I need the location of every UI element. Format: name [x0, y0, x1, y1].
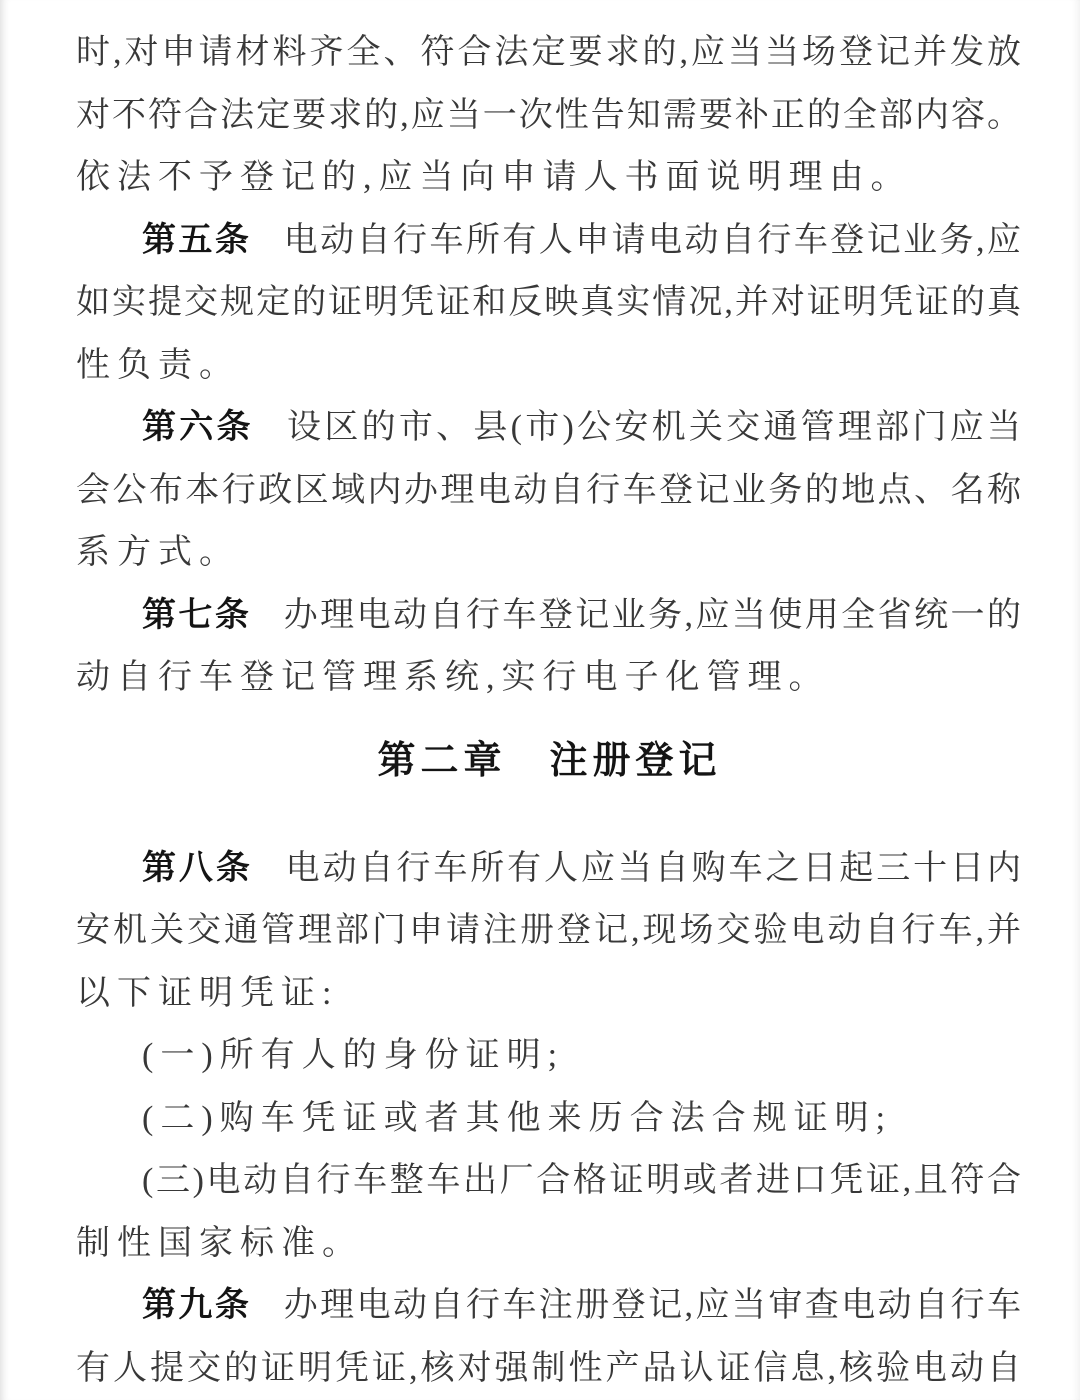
- document-body: 时,对申请材料齐全、符合法定要求的,应当当场登记并发放号牌, 对不符合法定要求的…: [0, 0, 1080, 1400]
- article-5-first-line: 第五条电动自行车所有人申请电动自行车登记业务,应当: [76, 210, 1023, 273]
- text-line: 会公布本行政区域内办理电动自行车登记业务的地点、名称及联: [76, 460, 1023, 523]
- text-line: 以下证明凭证:: [76, 963, 1023, 1026]
- text-line: 安机关交通管理部门申请注册登记,现场交验电动自行车,并提交: [76, 900, 1023, 963]
- chapter-heading: 第二章 注册登记: [76, 730, 1023, 792]
- text-line: 系方式。: [76, 522, 1023, 585]
- text-line: 时,对申请材料齐全、符合法定要求的,应当当场登记并发放号牌,: [76, 22, 1023, 85]
- article-5-label: 第五条: [142, 222, 251, 259]
- article-9-first-line: 第九条办理电动自行车注册登记,应当审查电动自行车所: [76, 1275, 1023, 1338]
- list-item-1: (一)所有人的身份证明;: [76, 1025, 1023, 1088]
- article-6-first-line: 第六条设区的市、县(市)公安机关交通管理部门应当向社: [76, 397, 1023, 460]
- document-page: 时,对申请材料齐全、符合法定要求的,应当当场登记并发放号牌, 对不符合法定要求的…: [0, 0, 1080, 1400]
- article-8-first-line: 第八条电动自行车所有人应当自购车之日起三十日内向公: [76, 838, 1023, 901]
- text-line: 依法不予登记的,应当向申请人书面说明理由。: [76, 147, 1023, 210]
- article-7-label: 第七条: [142, 597, 251, 634]
- article-8-label: 第八条: [142, 850, 253, 887]
- list-item-2: (二)购车凭证或者其他来历合法合规证明;: [76, 1088, 1023, 1151]
- text-line: 动自行车登记管理系统,实行电子化管理。: [76, 647, 1023, 710]
- text-line: 性负责。: [76, 335, 1023, 398]
- text-line: 制性国家标准。: [76, 1213, 1023, 1276]
- article-9-label: 第九条: [142, 1287, 251, 1324]
- text-line: 对不符合法定要求的,应当一次性告知需要补正的全部内容。对: [76, 85, 1023, 148]
- text-line: 如实提交规定的证明凭证和反映真实情况,并对证明凭证的真实: [76, 272, 1023, 335]
- article-7-first-line: 第七条办理电动自行车登记业务,应当使用全省统一的电: [76, 585, 1023, 648]
- article-6-label: 第六条: [142, 409, 254, 446]
- text-line: 有人提交的证明凭证,核对强制性产品认证信息,核验电动自行车: [76, 1338, 1023, 1400]
- list-item-3-first-line: (三)电动自行车整车出厂合格证明或者进口凭证,且符合强: [76, 1150, 1023, 1213]
